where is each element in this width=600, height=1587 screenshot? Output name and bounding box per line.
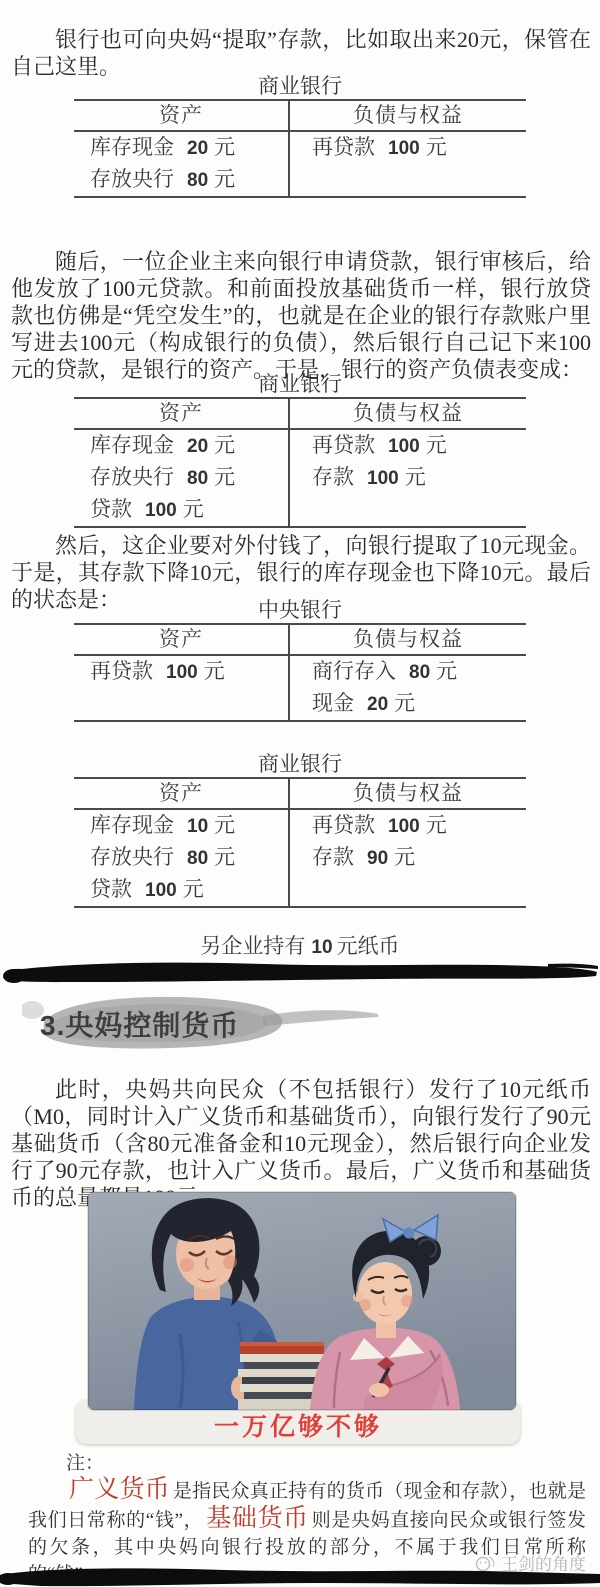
cell-unit: 元	[214, 135, 235, 159]
paragraph-2: 随后，一位企业主来向银行申请贷款，银行审核后，给他发放了100元贷款。和前面投放…	[11, 248, 591, 383]
table-cell: 库存现金20元	[74, 132, 288, 164]
column-header-liabilities: 负债与权益	[288, 779, 526, 810]
cell-unit: 元	[426, 135, 447, 159]
note-text: 另企业持有	[200, 934, 305, 958]
illustration-painting	[88, 1192, 516, 1410]
cell-label: 再贷款	[312, 813, 375, 837]
table-cell: 存款90元	[288, 842, 526, 874]
column-header-liabilities: 负债与权益	[288, 399, 526, 430]
table-title: 中央银行	[74, 598, 526, 622]
table-cell	[288, 164, 526, 196]
cell-number: 100	[388, 816, 420, 837]
table-cell	[74, 688, 288, 720]
cell-unit: 元	[426, 813, 447, 837]
table-cell: 再贷款100元	[288, 430, 526, 462]
balance-sheet-table: 资产 负债与权益 库存现金10元 再贷款100元 存放央行80元 存款90元 贷…	[74, 777, 526, 908]
section-heading: 3.央妈控制货币	[40, 1004, 239, 1044]
table-cell: 库存现金10元	[74, 810, 288, 842]
cell-unit: 元	[426, 433, 447, 457]
cell-number: 20	[187, 436, 208, 457]
cell-unit: 元	[214, 433, 235, 457]
ink-brush-divider	[0, 959, 600, 991]
balance-sheet-commercial-bank-1: 商业银行 资产 负债与权益 库存现金20元 再贷款100元 存放央行80元	[74, 74, 526, 198]
table-cell: 贷款100元	[74, 494, 288, 526]
balance-sheet-commercial-bank-2: 商业银行 资产 负债与权益 库存现金20元 再贷款100元 存放央行80元 存款…	[74, 372, 526, 528]
table-title: 商业银行	[74, 74, 526, 98]
cell-label: 库存现金	[90, 813, 174, 837]
cell-number: 100	[388, 436, 420, 457]
cell-label: 存放央行	[90, 167, 174, 191]
cell-unit: 元	[183, 497, 204, 521]
table-cell: 现金20元	[288, 688, 526, 720]
cell-unit: 元	[214, 813, 235, 837]
cell-label: 商行存入	[312, 659, 396, 683]
cell-number: 80	[409, 662, 430, 683]
balance-sheet-table: 资产 负债与权益 再贷款100元 商行存入80元 现金20元	[74, 623, 526, 722]
cell-number: 100	[367, 468, 399, 489]
cell-label: 库存现金	[90, 135, 174, 159]
table-cell: 存放央行80元	[74, 842, 288, 874]
balance-sheet-central-bank: 中央银行 资产 负债与权益 再贷款100元 商行存入80元 现金20元	[74, 598, 526, 722]
table-cell: 再贷款100元	[288, 132, 526, 164]
cell-unit: 元	[214, 167, 235, 191]
table-cell: 存放央行80元	[74, 164, 288, 196]
cell-unit: 元	[405, 465, 426, 489]
cell-label: 贷款	[90, 497, 132, 521]
paragraph-1: 银行也可向央妈“提取”存款，比如取出来20元，保管在自己这里。	[11, 26, 591, 80]
paragraph-4: 此时，央妈共向民众（不包括银行）发行了10元纸币（M0，同时计入广义货币和基础货…	[11, 1076, 591, 1211]
cell-label: 现金	[312, 691, 354, 715]
cell-unit: 元	[436, 659, 457, 683]
table-title: 商业银行	[74, 372, 526, 396]
cell-number: 100	[166, 662, 198, 683]
table-cell: 存放央行80元	[74, 462, 288, 494]
table-cell: 商行存入80元	[288, 656, 526, 688]
note-text: 元纸币	[337, 934, 400, 958]
cell-number: 100	[145, 880, 177, 901]
column-header-assets: 资产	[74, 779, 288, 810]
cell-unit: 元	[183, 877, 204, 901]
footnote-term-base-money: 基础货币	[206, 1505, 309, 1532]
note-number: 10	[311, 937, 332, 958]
section-heading-block: 3.央妈控制货币	[22, 990, 382, 1054]
balance-sheet-commercial-bank-3: 商业银行 资产 负债与权益 库存现金10元 再贷款100元 存放央行80元 存款…	[74, 752, 526, 908]
table-cell: 存款100元	[288, 462, 526, 494]
cell-number: 80	[187, 468, 208, 489]
cell-number: 100	[145, 500, 177, 521]
column-header-liabilities: 负债与权益	[288, 625, 526, 656]
article-page: 银行也可向央妈“提取”存款，比如取出来20元，保管在自己这里。 商业银行 资产 …	[0, 0, 600, 1587]
cell-number: 10	[187, 816, 208, 837]
cell-unit: 元	[214, 465, 235, 489]
balance-sheet-table: 资产 负债与权益 库存现金20元 再贷款100元 存放央行80元 存款100元 …	[74, 397, 526, 528]
footnote-label: 注：	[28, 1452, 586, 1476]
cell-number: 100	[388, 138, 420, 159]
cell-number: 80	[187, 848, 208, 869]
column-header-assets: 资产	[74, 399, 288, 430]
column-header-liabilities: 负债与权益	[288, 101, 526, 132]
cell-label: 贷款	[90, 877, 132, 901]
table-cell: 再贷款100元	[74, 656, 288, 688]
cell-label: 再贷款	[90, 659, 153, 683]
cell-label: 库存现金	[90, 433, 174, 457]
cell-label: 再贷款	[312, 433, 375, 457]
cell-label: 存放央行	[90, 465, 174, 489]
table-cell: 再贷款100元	[288, 810, 526, 842]
footnote-term-broad-money: 广义货币	[69, 1476, 170, 1503]
column-header-assets: 资产	[74, 625, 288, 656]
cell-unit: 元	[394, 845, 415, 869]
cell-number: 90	[367, 848, 388, 869]
table-cell	[288, 874, 526, 906]
cell-unit: 元	[214, 845, 235, 869]
balance-sheet-table: 资产 负债与权益 库存现金20元 再贷款100元 存放央行80元	[74, 99, 526, 198]
cell-number: 20	[187, 138, 208, 159]
ink-brush-divider-bottom	[0, 1565, 600, 1587]
table-cell: 库存现金20元	[74, 430, 288, 462]
column-header-assets: 资产	[74, 101, 288, 132]
cell-number: 20	[367, 694, 388, 715]
cell-label: 存款	[312, 465, 354, 489]
cell-unit: 元	[204, 659, 225, 683]
standalone-note: 另企业持有10元纸币	[0, 930, 600, 960]
cell-unit: 元	[394, 691, 415, 715]
cell-label: 存款	[312, 845, 354, 869]
illustration-caption: 一万亿够不够	[214, 1410, 382, 1444]
cell-number: 80	[187, 170, 208, 191]
table-cell	[288, 494, 526, 526]
table-title: 商业银行	[74, 752, 526, 776]
cell-label: 再贷款	[312, 135, 375, 159]
cell-label: 存放央行	[90, 845, 174, 869]
painting-graphic	[88, 1192, 516, 1410]
table-cell: 贷款100元	[74, 874, 288, 906]
